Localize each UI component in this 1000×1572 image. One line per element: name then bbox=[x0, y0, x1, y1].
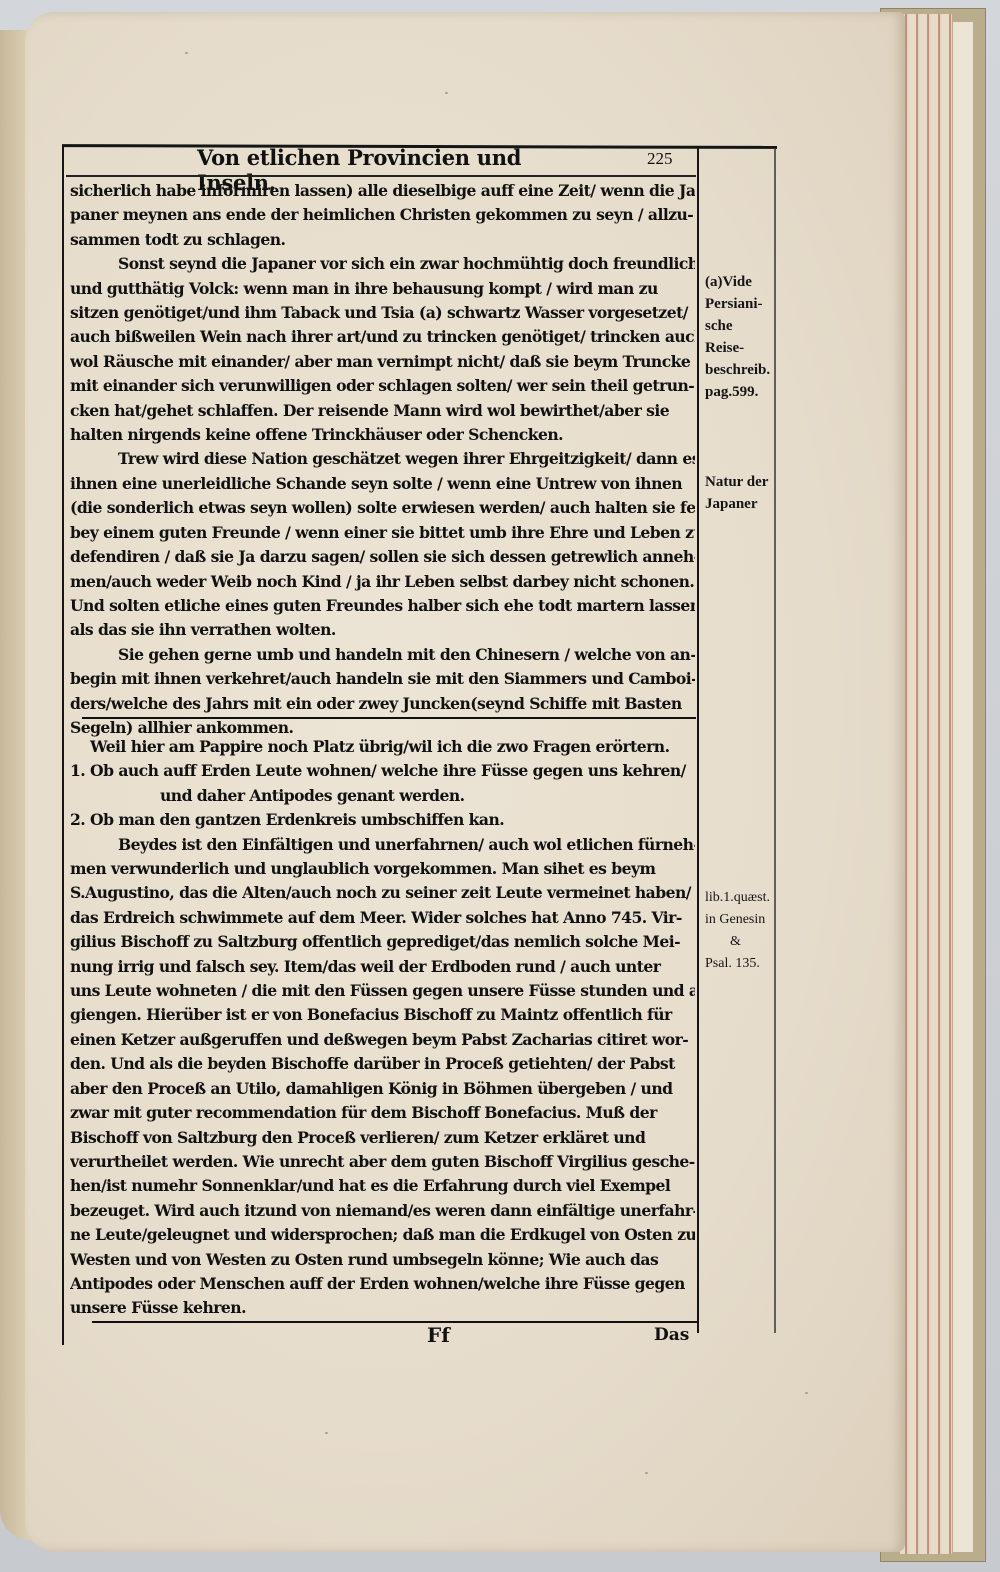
flyleaf bbox=[953, 22, 973, 1552]
text-line: sammen todt zu schlagen. bbox=[70, 228, 695, 252]
antipodes-section: Weil hier am Pappire noch Platz übrig/wi… bbox=[70, 735, 695, 1321]
text-line: Antipodes oder Menschen auff der Erden w… bbox=[70, 1272, 695, 1296]
text-line: gilius Bischoff zu Saltzburg offentlich … bbox=[70, 930, 695, 954]
text-line: giengen. Hierüber ist er von Bonefacius … bbox=[70, 1003, 695, 1027]
section-intro: Weil hier am Pappire noch Platz übrig/wi… bbox=[70, 735, 695, 759]
text-line: Westen und von Westen zu Osten rund umbs… bbox=[70, 1248, 695, 1272]
page-number: 225 bbox=[647, 149, 673, 169]
running-head: Von etlichen Provincien und Inseln. bbox=[197, 145, 597, 173]
text-line: S.Augustino, das die Alten/auch noch zu … bbox=[70, 881, 695, 905]
main-text-section: sicherlich habe informiren lassen) alle … bbox=[70, 179, 695, 740]
question-2: 2. Ob man den gantzen Erdenkreis umbschi… bbox=[70, 808, 695, 832]
text-line: auch bißweilen Wein nach ihrer art/und z… bbox=[70, 325, 695, 349]
catchword: Das bbox=[654, 1325, 689, 1345]
text-line: wol Räusche mit einander/ aber man verni… bbox=[70, 350, 695, 374]
text-line: bey einem guten Freunde / wenn einer sie… bbox=[70, 521, 695, 545]
question-1-continued: und daher Antipodes genant werden. bbox=[70, 784, 695, 808]
paragraph-start: Beydes ist den Einfältigen und unerfahrn… bbox=[70, 833, 695, 857]
signature-mark: Ff bbox=[427, 1323, 450, 1347]
text-line: und gutthätig Volck: wenn man in ihre be… bbox=[70, 277, 695, 301]
text-line: als das sie ihn verrathen wolten. bbox=[70, 618, 695, 642]
text-line: sicherlich habe informiren lassen) alle … bbox=[70, 179, 695, 203]
paragraph-start: Sie gehen gerne umb und handeln mit den … bbox=[70, 643, 695, 667]
text-line: verurtheilet werden. Wie unrecht aber de… bbox=[70, 1150, 695, 1174]
marginal-note-lib: lib.1.quæst. in Genesin & Psal. 135. bbox=[705, 887, 775, 975]
text-line: ihnen eine unerleidliche Schande seyn so… bbox=[70, 472, 695, 496]
text-line: uns Leute wohneten / die mit den Füssen … bbox=[70, 979, 695, 1003]
text-line: (die sonderlich etwas seyn wollen) solte… bbox=[70, 496, 695, 520]
text-line: einen Ketzer außgeruffen und deßwegen be… bbox=[70, 1028, 695, 1052]
margin-rule bbox=[697, 148, 699, 1333]
text-line: Bischoff von Saltzburg den Proceß verlie… bbox=[70, 1126, 695, 1150]
text-line: begin mit ihnen verkehret/auch handeln s… bbox=[70, 667, 695, 691]
text-line: men verwunderlich und unglaublich vorgek… bbox=[70, 857, 695, 881]
text-line: defendiren / daß sie Ja darzu sagen/ sol… bbox=[70, 545, 695, 569]
paragraph-start: Trew wird diese Nation geschätzet wegen … bbox=[70, 447, 695, 471]
left-rule bbox=[62, 145, 64, 1345]
text-line: nung irrig und falsch sey. Item/das weil… bbox=[70, 955, 695, 979]
text-line: Und solten etliche eines guten Freundes … bbox=[70, 594, 695, 618]
footer-rule bbox=[92, 1321, 698, 1323]
header-rule bbox=[66, 175, 696, 177]
text-line: men/auch weder Weib noch Kind / ja ihr L… bbox=[70, 570, 695, 594]
text-line: ne Leute/geleugnet und widersprochen; da… bbox=[70, 1223, 695, 1247]
text-line: ders/welche des Jahrs mit ein oder zwey … bbox=[70, 692, 695, 716]
text-line: den. Und als die beyden Bischoffe darübe… bbox=[70, 1052, 695, 1076]
page-edges-red bbox=[900, 14, 952, 1554]
text-line: sitzen genötiget/und ihm Taback und Tsia… bbox=[70, 301, 695, 325]
text-block: Von etlichen Provincien und Inseln. 225 … bbox=[62, 145, 775, 1345]
text-line: hen/ist numehr Sonnenklar/und hat es die… bbox=[70, 1174, 695, 1198]
text-line: mit einander sich verunwilligen oder sch… bbox=[70, 374, 695, 398]
section-divider bbox=[82, 717, 696, 719]
text-line: aber den Proceß an Utilo, damahligen Kön… bbox=[70, 1077, 695, 1101]
text-line: zwar mit guter recommendation für dem Bi… bbox=[70, 1101, 695, 1125]
marginal-note-vide: (a)Vide Persiani- sche Reise- beschreib.… bbox=[705, 271, 775, 403]
question-1: 1. Ob auch auff Erden Leute wohnen/ welc… bbox=[70, 759, 695, 783]
text-line: halten nirgends keine offene Trinckhäuse… bbox=[70, 423, 695, 447]
marginal-note-natur: Natur der Japaner bbox=[705, 471, 775, 515]
text-line: bezeuget. Wird auch itzund von niemand/e… bbox=[70, 1199, 695, 1223]
text-line: cken hat/gehet schlaffen. Der reisende M… bbox=[70, 399, 695, 423]
text-line: das Erdreich schwimmete auf dem Meer. Wi… bbox=[70, 906, 695, 930]
paragraph-start: Sonst seynd die Japaner vor sich ein zwa… bbox=[70, 252, 695, 276]
text-line: paner meynen ans ende der heimlichen Chr… bbox=[70, 203, 695, 227]
text-line: unsere Füsse kehren. bbox=[70, 1296, 695, 1320]
